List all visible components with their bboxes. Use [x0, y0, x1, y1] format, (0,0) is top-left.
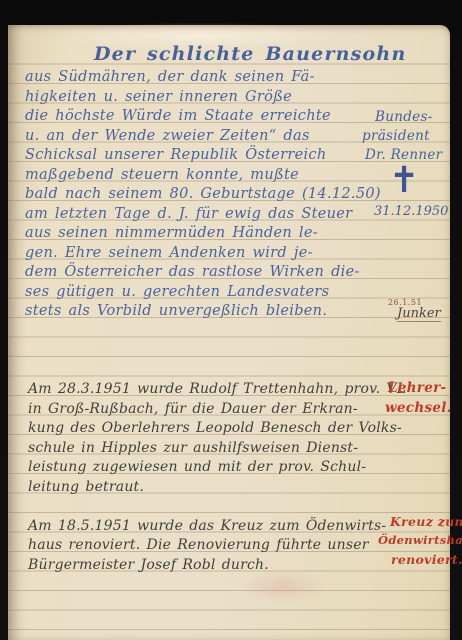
entry1-line-12: ses gütigen u. gerechten Landesvaters: [25, 284, 329, 300]
entry2-line-5: leistung zugewiesen und mit der prov. Sc…: [28, 459, 366, 475]
paper-stain: [238, 570, 328, 604]
chronicle-title: Der schlichte Bauernsohn: [94, 43, 406, 65]
red-note-renoviert: renoviert.: [391, 552, 462, 567]
entry3-line-3: Bürgermeister Josef Robl durch.: [28, 557, 269, 573]
entry1-line-8: am letzten Tage d. J. für ewig das Steue…: [25, 206, 352, 222]
entry3-line-2: haus renoviert. Die Renovierung führte u…: [28, 537, 369, 553]
entry1-line-11: dem Österreicher das rastlose Wirken die…: [25, 264, 360, 280]
entry1-line-6: maßgebend steuern konnte, mußte: [25, 167, 299, 183]
entry2-line-3: kung des Oberlehrers Leopold Benesch der…: [28, 420, 402, 436]
entry1-line-13: stets als Vorbild unvergeßlich bleiben.: [25, 303, 327, 319]
background: Der schlichte Bauernsohn aus Südmähren, …: [0, 0, 462, 640]
red-note-lehrer: Lehrer-: [388, 380, 446, 396]
entry1-line-3: die höchste Würde im Staate erreichte: [25, 108, 331, 124]
entry2-line-6: leitung betraut.: [28, 479, 144, 495]
entry2-line-1: Am 28.3.1951 wurde Rudolf Trettenhahn, p…: [28, 381, 406, 397]
entry1-line-7: bald nach seinem 80. Geburtstage (14.12.…: [25, 186, 381, 202]
entry1-line-1: aus Südmähren, der dank seinen Fä-: [25, 69, 315, 85]
entry1-line-4: u. an der Wende zweier Zeiten“ das: [25, 128, 310, 144]
red-note-oedenwirtshaus: Ödenwirtshaus: [378, 533, 462, 547]
signature-junker: Junker: [397, 306, 441, 322]
red-note-wechsel: wechsel.: [385, 400, 452, 416]
notebook-page: Der schlichte Bauernsohn aus Südmähren, …: [8, 25, 450, 640]
margin-note-bundes: Bundes-: [375, 109, 433, 125]
memorial-cross-icon: ✝: [389, 163, 419, 199]
margin-note-praesident: präsident: [362, 128, 430, 144]
entry2-line-4: schule in Hipples zur aushilfsweisen Die…: [28, 440, 358, 456]
red-note-kreuz: Kreuz zum: [390, 514, 462, 529]
entry3-line-1: Am 18.5.1951 wurde das Kreuz zum Ödenwir…: [28, 518, 386, 534]
entry1-line-5: Schicksal unserer Republik Österreich: [25, 147, 326, 163]
entry2-line-2: in Groß-Rußbach, für die Dauer der Erkra…: [28, 401, 358, 417]
entry1-line-10: gen. Ehre seinem Andenken wird je-: [25, 245, 313, 261]
entry1-line-9: aus seinen nimmermüden Händen le-: [25, 225, 318, 241]
death-date: 31.12.1950: [374, 204, 448, 219]
entry1-line-2: higkeiten u. seiner inneren Größe: [25, 89, 292, 105]
